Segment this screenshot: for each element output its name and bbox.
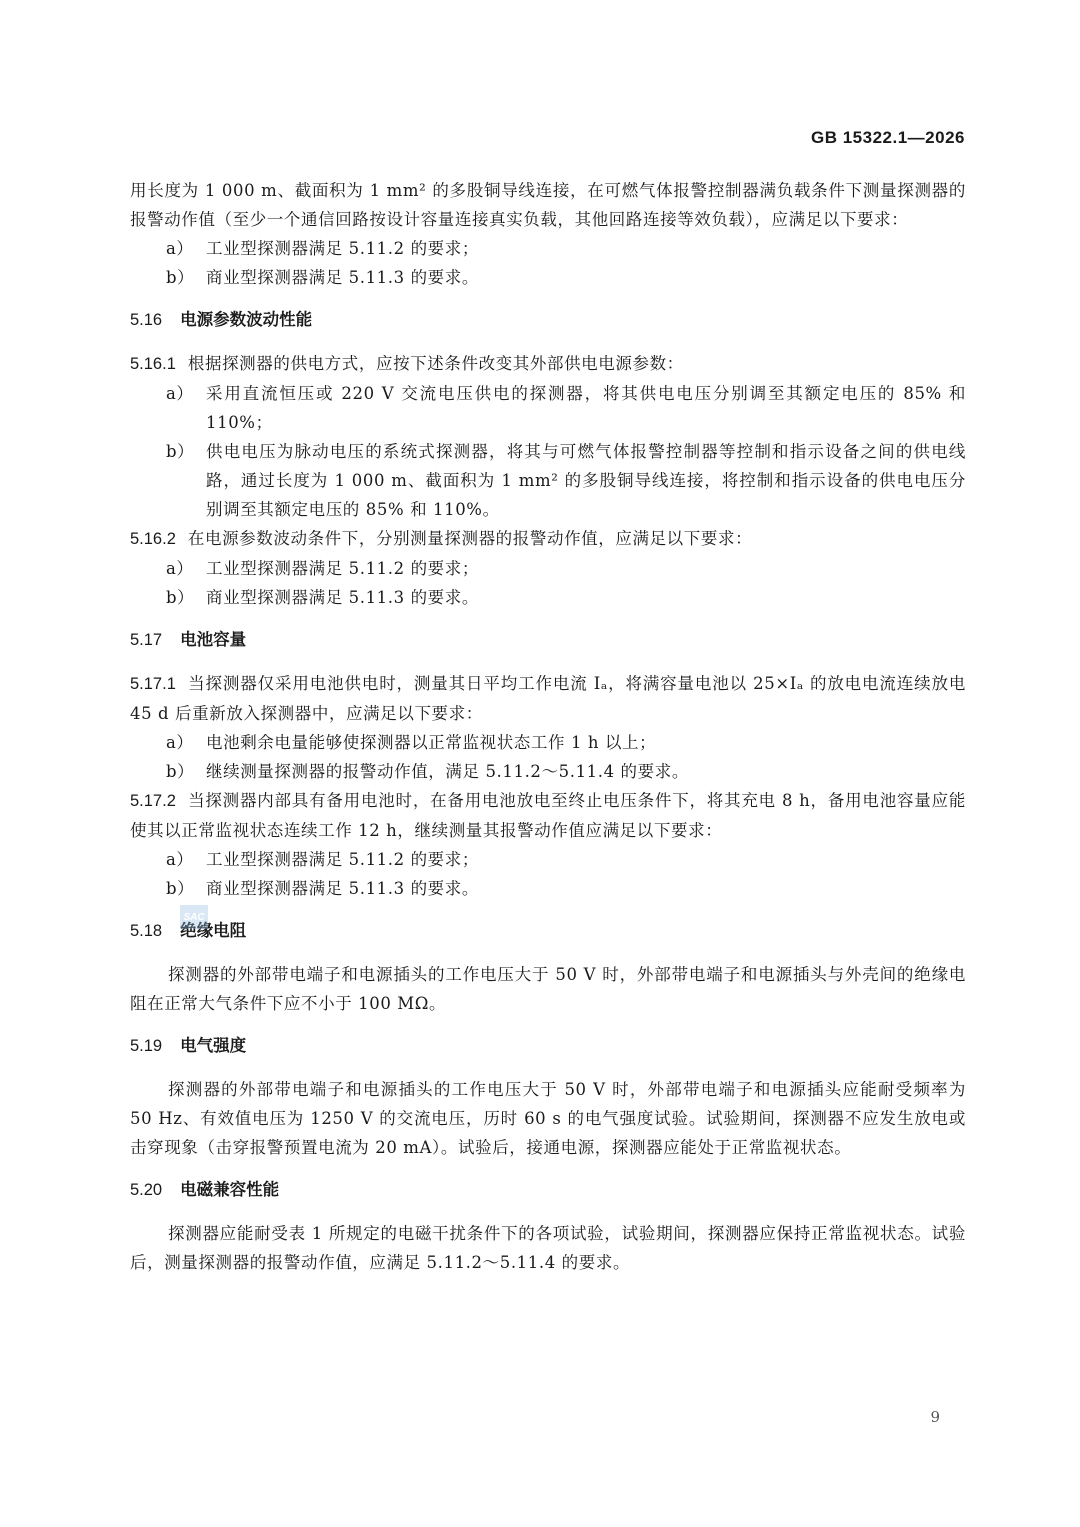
standard-code: GB 15322.1—2026 <box>811 128 965 148</box>
document-page: GB 15322.1—2026 用长度为 1 000 m、截面积为 1 mm² … <box>0 0 1080 1527</box>
list-item: b）继续测量探测器的报警动作值，满足 5.11.2～5.11.4 的要求。 <box>130 757 966 786</box>
list-item: a）采用直流恒压或 220 V 交流电压供电的探测器，将其供电电压分别调至其额定… <box>130 379 966 437</box>
section-heading-5-20: 5.20电磁兼容性能 <box>130 1176 966 1205</box>
list-item: a）电池剩余电量能够使探测器以正常监视状态工作 1 h 以上； <box>130 728 966 757</box>
paragraph-5-20: 探测器应能耐受表 1 所规定的电磁干扰条件下的各项试验，试验期间，探测器应保持正… <box>130 1219 966 1277</box>
list-item: a）工业型探测器满足 5.11.2 的要求； <box>130 845 966 874</box>
list-item: b）商业型探测器满足 5.11.3 的要求。 <box>130 874 966 903</box>
paragraph-5-19: 探测器的外部带电端子和电源插头的工作电压大于 50 V 时，外部带电端子和电源插… <box>130 1075 966 1162</box>
list-item: b）供电电压为脉动电压的系统式探测器，将其与可燃气体报警控制器等控制和指示设备之… <box>130 437 966 524</box>
list-item: b）商业型探测器满足 5.11.3 的要求。 <box>130 583 966 612</box>
clause-5-16-2: 5.16.2在电源参数波动条件下，分别测量探测器的报警动作值，应满足以下要求： <box>130 524 966 554</box>
list-item: b）商业型探测器满足 5.11.3 的要求。 <box>130 263 966 292</box>
section-heading-5-19: 5.19电气强度 <box>130 1032 966 1061</box>
page-content: 用长度为 1 000 m、截面积为 1 mm² 的多股铜导线连接，在可燃气体报警… <box>130 176 966 1277</box>
paragraph-5-18: 探测器的外部带电端子和电源插头的工作电压大于 50 V 时，外部带电端子和电源插… <box>130 960 966 1018</box>
list-item: a）工业型探测器满足 5.11.2 的要求； <box>130 234 966 263</box>
section-heading-5-16: 5.16电源参数波动性能 <box>130 306 966 335</box>
section-heading-5-17: 5.17电池容量 <box>130 626 966 655</box>
clause-5-16-1: 5.16.1根据探测器的供电方式，应按下述条件改变其外部供电电源参数： <box>130 349 966 379</box>
clause-5-17-1: 5.17.1当探测器仅采用电池供电时，测量其日平均工作电流 Iₐ，将满容量电池以… <box>130 669 966 728</box>
list-item: a）工业型探测器满足 5.11.2 的要求； <box>130 554 966 583</box>
page-number: 9 <box>930 1408 940 1426</box>
watermark-logo: SAC <box>180 905 208 929</box>
clause-5-17-2: 5.17.2当探测器内部具有备用电池时，在备用电池放电至终止电压条件下，将其充电… <box>130 786 966 845</box>
section-heading-5-18: 5.18绝缘电阻 <box>130 917 966 946</box>
intro-paragraph: 用长度为 1 000 m、截面积为 1 mm² 的多股铜导线连接，在可燃气体报警… <box>130 176 966 234</box>
